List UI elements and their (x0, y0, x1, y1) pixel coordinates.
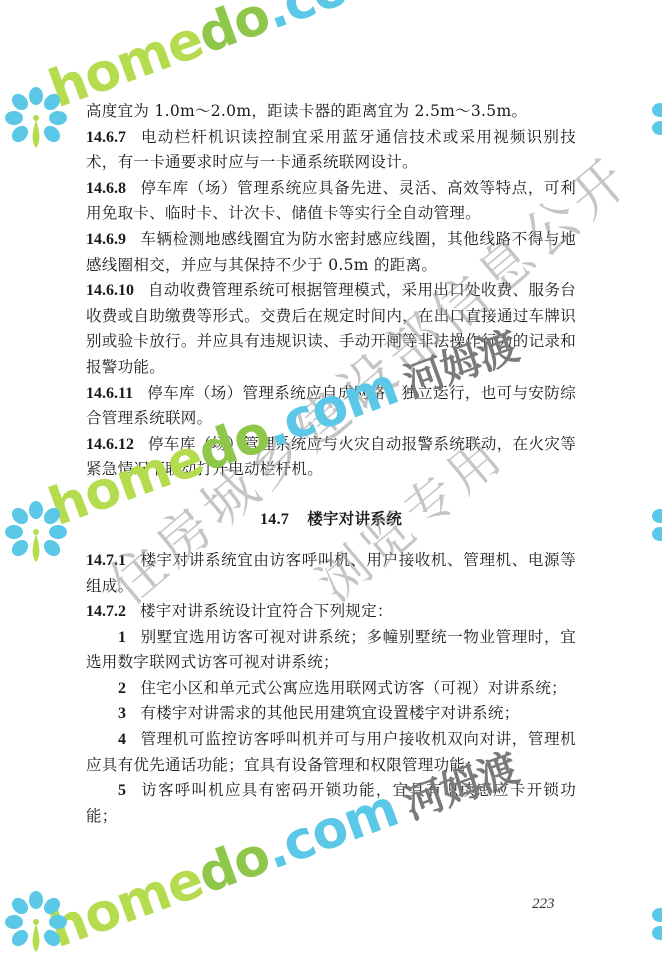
list-item: 4管理机可监控访客呼叫机并可与用户接收机双向对讲，管理机应具有优先通话功能；宜具… (86, 727, 576, 778)
clause-14-6-10: 14.6.10自动收费管理系统可根据管理模式，采用出口处收费、服务台收费或自助缴… (86, 278, 576, 380)
clause-text: 停车库（场）管理系统应自成网络、独立运行，也可与安防综合管理系统联网。 (86, 384, 576, 428)
clause-number: 14.7.1 (86, 552, 126, 569)
clause-number: 14.6.11 (86, 385, 133, 402)
clause-text: 楼宇对讲系统设计宜符合下列规定： (140, 602, 393, 620)
clause-14-7-1: 14.7.1楼宇对讲系统宜由访客呼叫机、用户接收机、管理机、电源等组成。 (86, 548, 576, 599)
section-heading: 14.7楼宇对讲系统 (86, 507, 576, 532)
clause-text: 自动收费管理系统可根据管理模式，采用出口处收费、服务台收费或自助缴费等形式。交费… (86, 281, 576, 376)
clause-text: 停车库（场）管理系统应与火灾自动报警系统联动，在火灾等紧急情况下联动打开电动栏杆… (86, 435, 576, 479)
page-number: 223 (532, 896, 555, 913)
item-number: 4 (118, 731, 126, 748)
flower-logo-icon (4, 500, 68, 564)
clause-14-7-2: 14.7.2楼宇对讲系统设计宜符合下列规定： (86, 599, 576, 625)
section-number: 14.7 (260, 511, 289, 528)
clause-14-6-8: 14.6.8停车库（场）管理系统应具备先进、灵活、高效等特点，可利用免取卡、临时… (86, 176, 576, 227)
item-text: 访客呼叫机应具有密码开锁功能，宜具有识读感应卡开锁功能； (86, 781, 576, 825)
flower-logo-partial-icon (648, 905, 662, 945)
document-page: 高度宜为 1.0m～2.0m，距读卡器的距离宜为 2.5m～3.5m。 14.6… (0, 0, 662, 958)
list-item: 5访客呼叫机应具有密码开锁功能，宜具有识读感应卡开锁功能； (86, 778, 576, 829)
clause-14-6-12: 14.6.12停车库（场）管理系统应与火灾自动报警系统联动，在火灾等紧急情况下联… (86, 432, 576, 483)
section-title: 楼宇对讲系统 (307, 510, 402, 528)
clause-14-6-11: 14.6.11停车库（场）管理系统应自成网络、独立运行，也可与安防综合管理系统联… (86, 381, 576, 432)
clause-14-6-9: 14.6.9车辆检测地感线圈宜为防水密封感应线圈，其他线路不得与地感线圈相交，并… (86, 227, 576, 278)
flower-logo-icon (4, 86, 68, 150)
item-text: 别墅宜选用访客可视对讲系统；多幢别墅统一物业管理时，宜选用数字联网式访客可视对讲… (86, 628, 576, 672)
item-number: 5 (118, 782, 126, 799)
list-item: 1别墅宜选用访客可视对讲系统；多幢别墅统一物业管理时，宜选用数字联网式访客可视对… (86, 625, 576, 676)
item-text: 有楼宇对讲需求的其他民用建筑宜设置楼宇对讲系统； (140, 704, 519, 722)
flower-logo-partial-icon (648, 506, 662, 546)
continuation-paragraph: 高度宜为 1.0m～2.0m，距读卡器的距离宜为 2.5m～3.5m。 (86, 99, 576, 125)
clause-number: 14.6.7 (86, 129, 126, 146)
flower-logo-partial-icon (648, 100, 662, 140)
item-number: 2 (118, 680, 126, 697)
document-body: 高度宜为 1.0m～2.0m，距读卡器的距离宜为 2.5m～3.5m。 14.6… (86, 99, 576, 829)
clause-text: 楼宇对讲系统宜由访客呼叫机、用户接收机、管理机、电源等组成。 (86, 551, 576, 595)
list-item: 3有楼宇对讲需求的其他民用建筑宜设置楼宇对讲系统； (86, 701, 576, 727)
clause-number: 14.6.10 (86, 282, 134, 299)
item-text: 管理机可监控访客呼叫机并可与用户接收机双向对讲，管理机应具有优先通话功能；宜具有… (86, 730, 576, 774)
item-text: 住宅小区和单元式公寓应选用联网式访客（可视）对讲系统； (140, 679, 567, 697)
clause-number: 14.6.8 (86, 180, 126, 197)
list-item: 2住宅小区和单元式公寓应选用联网式访客（可视）对讲系统； (86, 676, 576, 702)
flower-logo-icon (4, 890, 68, 954)
clause-text: 车辆检测地感线圈宜为防水密封感应线圈，其他线路不得与地感线圈相交，并应与其保持不… (86, 230, 576, 274)
item-number: 3 (118, 705, 126, 722)
clause-text: 停车库（场）管理系统应具备先进、灵活、高效等特点，可利用免取卡、临时卡、计次卡、… (86, 179, 576, 223)
clause-number: 14.7.2 (86, 603, 126, 620)
item-number: 1 (118, 629, 126, 646)
clause-number: 14.6.9 (86, 231, 126, 248)
clause-14-6-7: 14.6.7电动栏杆机识读控制宜采用蓝牙通信技术或采用视频识别技术，有一卡通要求… (86, 125, 576, 176)
paragraph-text: 高度宜为 1.0m～2.0m，距读卡器的距离宜为 2.5m～3.5m。 (86, 102, 527, 120)
clause-text: 电动栏杆机识读控制宜采用蓝牙通信技术或采用视频识别技术，有一卡通要求时应与一卡通… (86, 128, 576, 172)
clause-number: 14.6.12 (86, 436, 134, 453)
